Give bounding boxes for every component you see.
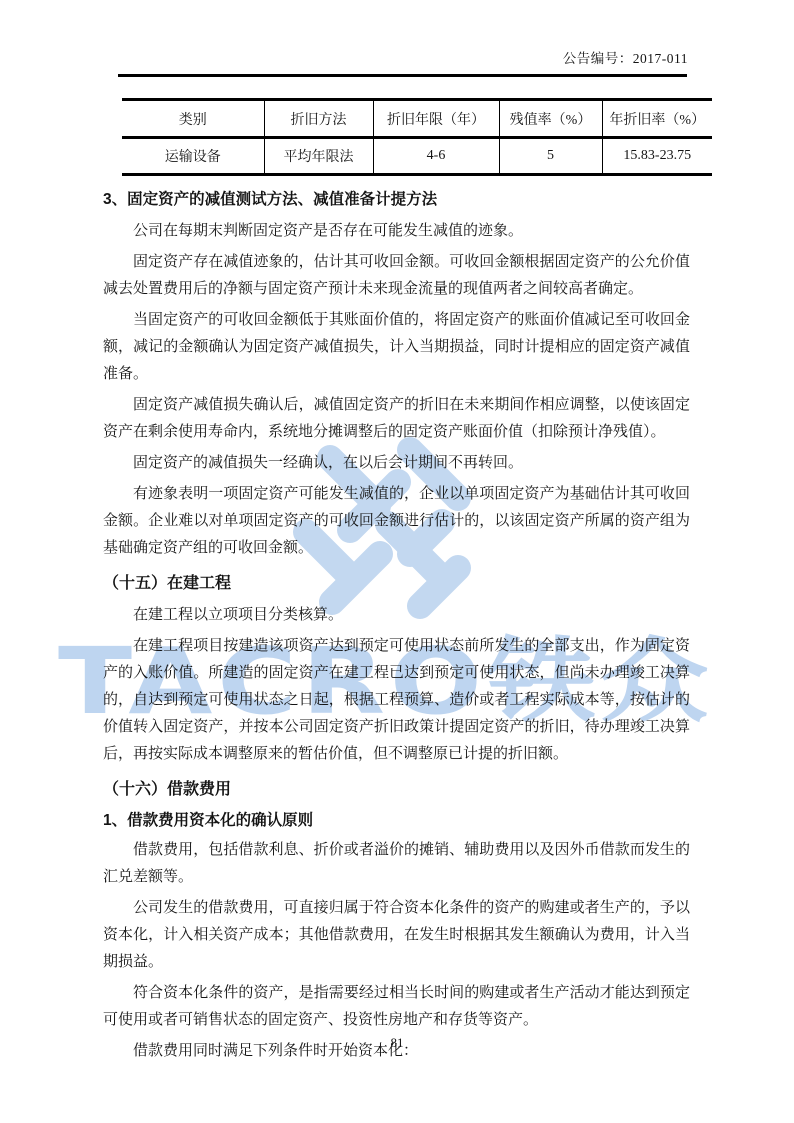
paragraph: 公司在每期末判断固定资产是否存在可能发生减值的迹象。 xyxy=(103,218,690,245)
depreciation-table: 类别 折旧方法 折旧年限（年） 残值率（%） 年折旧率（%） 运输设备 平均年限… xyxy=(122,98,712,176)
col-header-annual-rate: 年折旧率（%） xyxy=(602,100,712,138)
paragraph: 借款费用，包括借款利息、折价或者溢价的摊销、辅助费用以及因外币借款而发生的汇兑差… xyxy=(103,837,690,891)
document-page: TACRO铁众 公告编号：2017-011 类别 折旧方法 折旧年限（年） 残值… xyxy=(0,0,794,1123)
heading-borrowing-costs: （十六）借款费用 xyxy=(103,777,690,803)
paragraph: 固定资产存在减值迹象的，估计其可收回金额。可收回金额根据固定资产的公允价值减去处… xyxy=(103,249,690,303)
table-header-row: 类别 折旧方法 折旧年限（年） 残值率（%） 年折旧率（%） xyxy=(122,100,712,138)
cell-annual-rate: 15.83-23.75 xyxy=(602,138,712,175)
heading-impairment: 3、固定资产的减值测试方法、减值准备计提方法 xyxy=(103,188,690,212)
heading-capitalization-principle: 1、借款费用资本化的确认原则 xyxy=(103,809,690,833)
paragraph: 公司发生的借款费用，可直接归属于符合资本化条件的资产的购建或者生产的，予以资本化… xyxy=(103,895,690,976)
cell-residual-rate: 5 xyxy=(499,138,602,175)
col-header-years: 折旧年限（年） xyxy=(373,100,499,138)
heading-construction-in-progress: （十五）在建工程 xyxy=(103,571,690,597)
cell-category: 运输设备 xyxy=(122,138,264,175)
table-row: 运输设备 平均年限法 4-6 5 15.83-23.75 xyxy=(122,138,712,175)
header-rule xyxy=(118,74,687,77)
col-header-residual-rate: 残值率（%） xyxy=(499,100,602,138)
paragraph: 固定资产减值损失确认后，减值固定资产的折旧在未来期间作相应调整，以使该固定资产在… xyxy=(103,392,690,446)
page-number: 81 xyxy=(0,1035,794,1051)
paragraph: 符合资本化条件的资产，是指需要经过相当长时间的购建或者生产活动才能达到预定可使用… xyxy=(103,980,690,1034)
cell-years: 4-6 xyxy=(373,138,499,175)
doc-number: 公告编号：2017-011 xyxy=(563,51,688,66)
paragraph: 固定资产的减值损失一经确认，在以后会计期间不再转回。 xyxy=(103,450,690,477)
col-header-method: 折旧方法 xyxy=(264,100,373,138)
paragraph: 有迹象表明一项固定资产可能发生减值的，企业以单项固定资产为基础估计其可收回金额。… xyxy=(103,481,690,562)
paragraph: 在建工程以立项项目分类核算。 xyxy=(103,602,690,629)
paragraph: 在建工程项目按建造该项资产达到预定可使用状态前所发生的全部支出，作为固定资产的入… xyxy=(103,633,690,768)
paragraph: 当固定资产的可收回金额低于其账面价值的，将固定资产的账面价值减记至可收回金额，减… xyxy=(103,307,690,388)
doc-header: 公告编号：2017-011 xyxy=(0,0,794,67)
col-header-category: 类别 xyxy=(122,100,264,138)
document-body: 3、固定资产的减值测试方法、减值准备计提方法 公司在每期末判断固定资产是否存在可… xyxy=(0,176,794,1065)
cell-method: 平均年限法 xyxy=(264,138,373,175)
